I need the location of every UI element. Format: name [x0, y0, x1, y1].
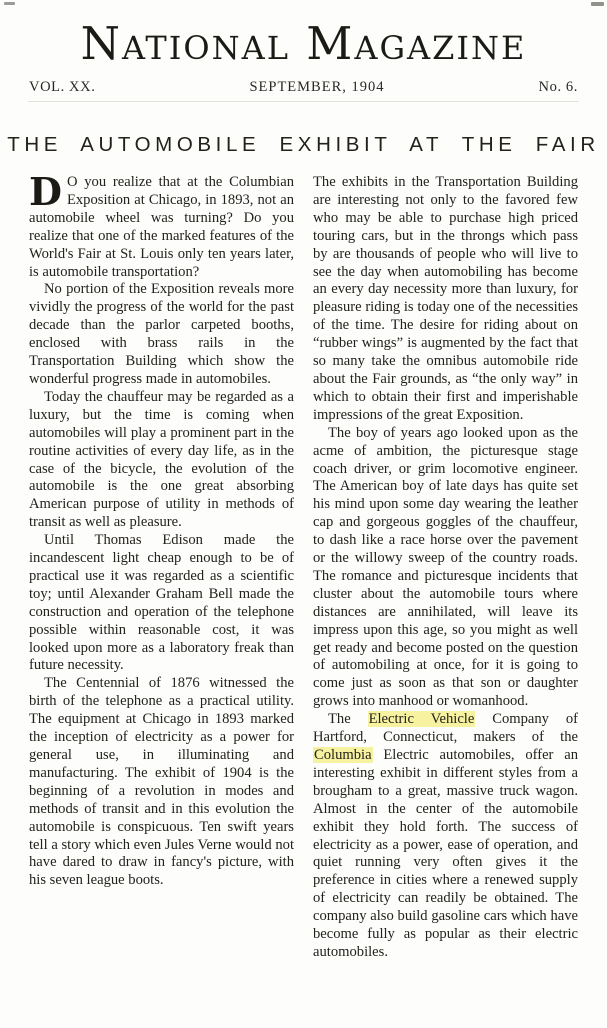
article-title: THE AUTOMOBILE EXHIBIT AT THE FAIR — [0, 133, 607, 157]
article-paragraph: The Electric Vehicle Company of Hartford… — [313, 711, 578, 962]
article-body: DO you realize that at the Columbian Exp… — [0, 174, 607, 962]
article-paragraph: The exhibits in the Transportation Build… — [313, 174, 578, 425]
article-paragraph: The Centennial of 1876 witnessed the bir… — [29, 675, 294, 890]
issue-number: No. 6. — [539, 79, 578, 96]
magazine-page: National Magazine VOL. XX. SEPTEMBER, 19… — [0, 0, 607, 1028]
article-paragraph: No portion of the Exposition reveals mor… — [29, 281, 294, 388]
drop-cap: D — [29, 174, 67, 207]
issue-date: SEPTEMBER, 1904 — [249, 79, 384, 96]
issue-meta-row: VOL. XX. SEPTEMBER, 1904 No. 6. — [0, 79, 607, 96]
search-highlight: Columbia — [313, 747, 373, 763]
masthead-rule — [28, 101, 579, 102]
scan-artifact-top-left — [4, 2, 15, 5]
article-paragraph: The boy of years ago looked upon as the … — [313, 425, 578, 712]
article-column-right: The exhibits in the Transportation Build… — [313, 174, 578, 962]
search-highlight: Electric Vehicle — [368, 711, 476, 727]
masthead-title: National Magazine — [0, 18, 607, 70]
article-column-left: DO you realize that at the Columbian Exp… — [29, 174, 294, 962]
article-paragraph: Today the chauffeur may be regarded as a… — [29, 389, 294, 532]
volume-label: VOL. XX. — [29, 79, 95, 96]
scan-artifact-top-right — [591, 2, 604, 6]
article-paragraph: DO you realize that at the Columbian Exp… — [29, 174, 294, 281]
article-paragraph: Until Thomas Edison made the incandescen… — [29, 532, 294, 675]
